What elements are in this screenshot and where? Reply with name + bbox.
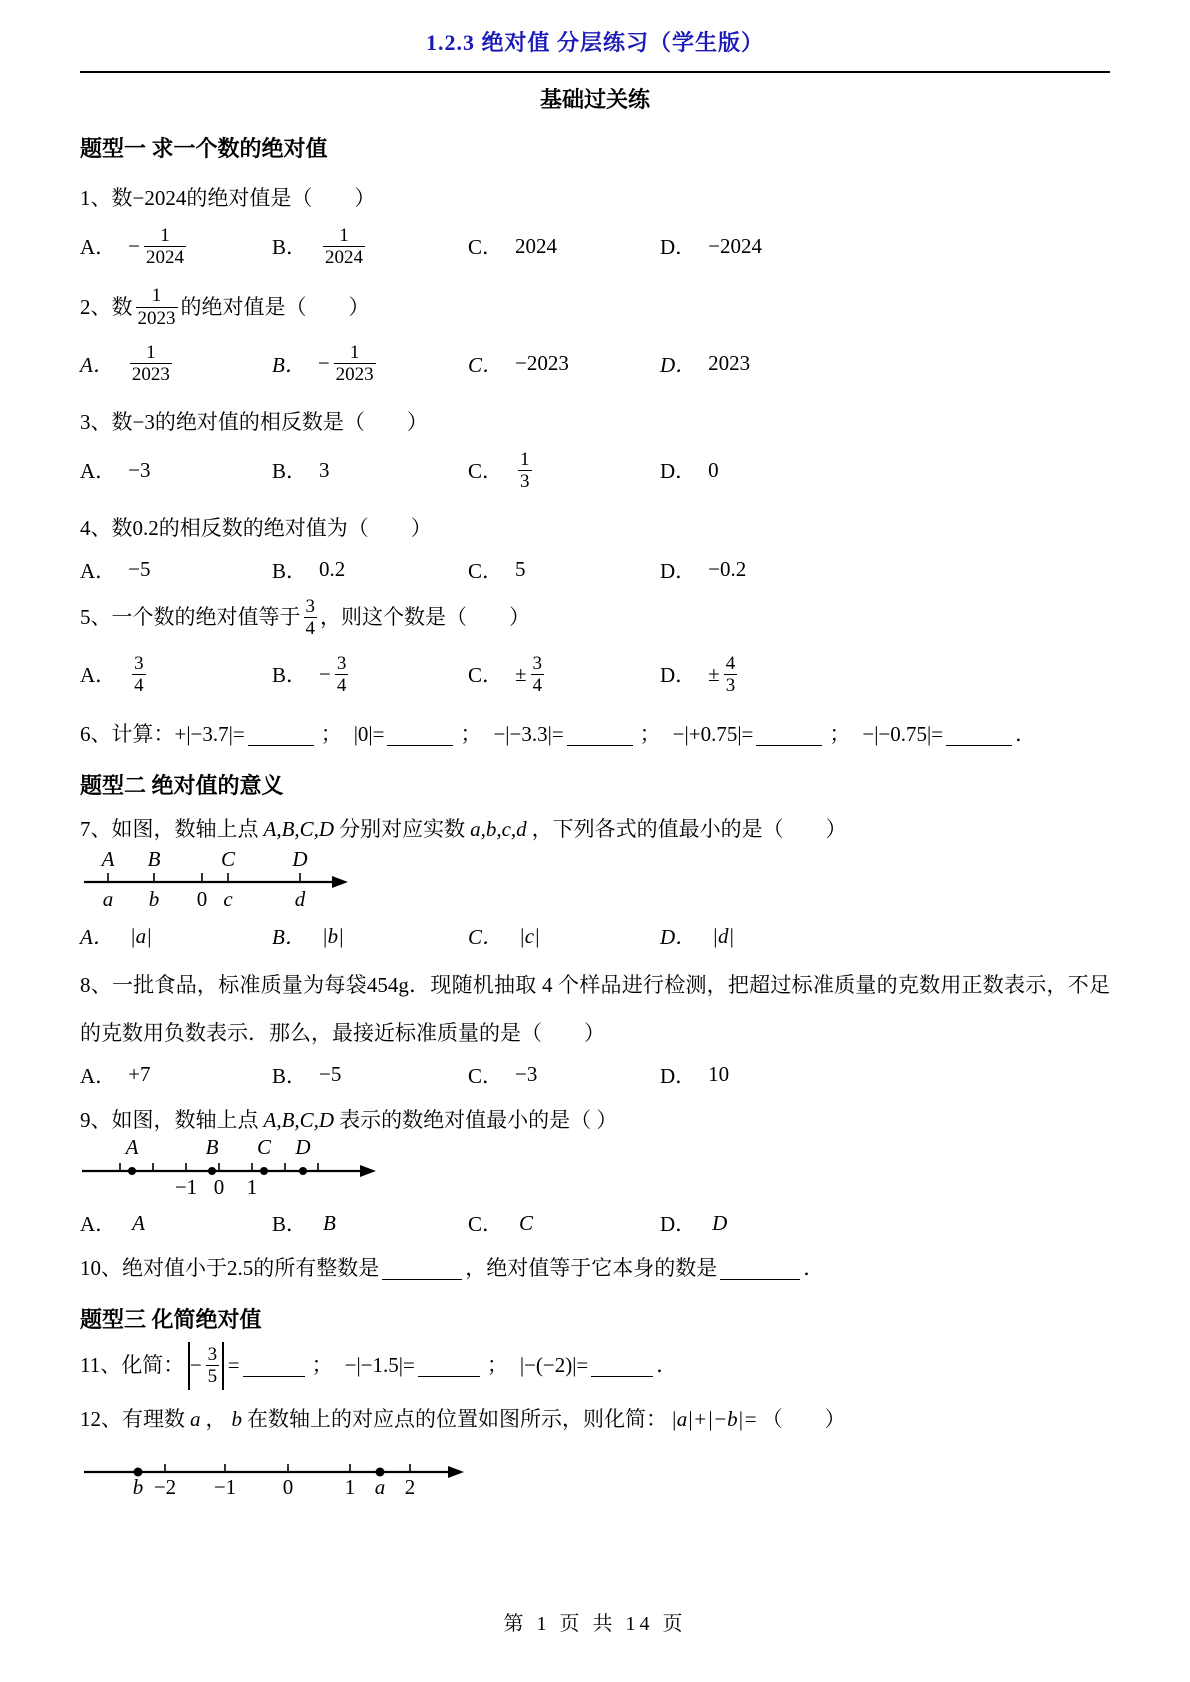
question-7-stem: 7、如图，数轴上点A,B,C,D分别对应实数a,b,c,d，下列各式的值最小的是… [80, 814, 1110, 844]
abs-fraction: − 35 [188, 1342, 224, 1390]
svg-text:d: d [295, 887, 306, 911]
answer-blank [243, 1355, 305, 1377]
question-9-stem: 9、如图，数轴上点A,B,C,D表示的数绝对值最小的是（ ） [80, 1105, 1110, 1135]
svg-text:0: 0 [197, 887, 208, 911]
question-5-stem: 5、一个数的绝对值等于 34 ，则这个数是（ ） [80, 594, 1110, 642]
option-d: D． 0 [660, 455, 1110, 485]
question-10: 10、绝对值小于2.5的所有整数是 ，绝对值等于它本身的数是 ． [80, 1253, 1110, 1285]
fraction: 12023 [136, 285, 178, 329]
svg-text:c: c [223, 887, 233, 911]
answer-blank [720, 1258, 800, 1280]
fraction: − 12024 [128, 223, 189, 271]
option-d: D． 2023 [660, 349, 1110, 379]
option-c: C． ± 34 [468, 651, 660, 699]
fraction: 12024 [319, 223, 368, 271]
option-c: C． −2023 [468, 349, 660, 379]
fraction: 34 [304, 596, 318, 640]
section-banner: 基础过关练 [80, 83, 1110, 114]
option-b: B． |b| [272, 921, 468, 951]
svg-text:A: A [100, 847, 115, 871]
option-d: D． −2024 [660, 231, 1110, 261]
fraction: 12023 [126, 340, 175, 388]
answer-blank [387, 724, 453, 746]
header-divider [80, 71, 1110, 73]
svg-text:2: 2 [405, 1475, 416, 1499]
option-b: B． 0.2 [272, 555, 468, 585]
question-2-options: A． 12023 B． − 12023 C． −2023 D． 2023 [80, 335, 1110, 393]
option-a: A． −5 [80, 555, 272, 585]
answer-blank [418, 1355, 480, 1377]
svg-text:b: b [149, 887, 160, 911]
answer-blank [591, 1355, 653, 1377]
page-footer: 第 1 页 共 14 页 [0, 1607, 1190, 1636]
option-d: D． |d| [660, 921, 1110, 951]
question-6: 6、计算： +|−3.7|=； |0|=； −|−3.3|=； −|+0.75|… [80, 719, 1110, 751]
option-c: C． −3 [468, 1060, 660, 1090]
option-d: D． D [660, 1208, 1110, 1238]
option-b: B． B [272, 1208, 468, 1238]
option-a: A． 34 [80, 651, 272, 699]
question-12-stem: 12、有理数a，b在数轴上的对应点的位置如图所示，则化简：|a|+|−b|=（ … [80, 1404, 1110, 1434]
option-a: A． −3 [80, 455, 272, 485]
fraction: − 12023 [318, 340, 379, 388]
svg-text:D: D [294, 1137, 310, 1159]
svg-text:−2: −2 [154, 1475, 176, 1499]
option-d: D． 10 [660, 1060, 1110, 1090]
question-2-stem: 2、数 12023 的绝对值是（ ） [80, 283, 1110, 331]
document-title: 1.2.3 绝对值 分层练习（学生版） [80, 0, 1110, 57]
option-b: B． − 34 [272, 651, 468, 699]
svg-text:1: 1 [345, 1475, 356, 1499]
option-b: B． −5 [272, 1060, 468, 1090]
svg-text:C: C [221, 847, 236, 871]
option-b: B． − 12023 [272, 340, 468, 388]
svg-text:B: B [206, 1137, 219, 1159]
option-c: C． |c| [468, 921, 660, 951]
section-heading-2: 题型二 绝对值的意义 [80, 769, 1110, 800]
svg-text:a: a [375, 1475, 386, 1499]
answer-blank [248, 724, 314, 746]
option-a: A． |a| [80, 921, 272, 951]
number-line-q9: A B C D −1 0 1 [80, 1137, 385, 1199]
svg-text:a: a [103, 887, 114, 911]
number-line-q7: A B C D a b 0 c d [80, 846, 360, 912]
question-8-options: A． +7 B． −5 C． −3 D． 10 [80, 1059, 1110, 1091]
option-c: C． C [468, 1208, 660, 1238]
svg-text:D: D [291, 847, 307, 871]
option-a: A． − 12024 [80, 223, 272, 271]
worksheet-page: 1.2.3 绝对值 分层练习（学生版） 基础过关练 题型一 求一个数的绝对值 1… [0, 0, 1190, 1682]
svg-text:1: 1 [247, 1175, 258, 1199]
option-d: D． ± 43 [660, 651, 1110, 699]
question-4-options: A． −5 B． 0.2 C． 5 D． −0.2 [80, 554, 1110, 586]
fraction: − 34 [319, 651, 351, 699]
svg-text:0: 0 [214, 1175, 225, 1199]
svg-text:−1: −1 [214, 1475, 236, 1499]
svg-text:−1: −1 [175, 1175, 197, 1199]
question-4-stem: 4、数0.2的相反数的绝对值为（ ） [80, 513, 1110, 543]
section-heading-3: 题型三 化简绝对值 [80, 1303, 1110, 1334]
fraction: 13 [518, 449, 532, 493]
question-3-options: A． −3 B． 3 C． 13 D． 0 [80, 441, 1110, 499]
answer-blank [946, 724, 1012, 746]
fraction: ± 34 [515, 651, 547, 699]
option-a: A． 12023 [80, 340, 272, 388]
option-c: C． 13 [468, 447, 660, 495]
option-d: D． −0.2 [660, 555, 1110, 585]
question-1-options: A． − 12024 B． 12024 C． 2024 D． −2024 [80, 217, 1110, 275]
fraction: ± 43 [708, 651, 740, 699]
number-line-q12: b −2 −1 0 1 a 2 [80, 1442, 480, 1500]
question-5-options: A． 34 B． − 34 C． ± 34 [80, 645, 1110, 703]
option-b: B． 12024 [272, 223, 468, 271]
svg-text:0: 0 [283, 1475, 294, 1499]
section-heading-1: 题型一 求一个数的绝对值 [80, 132, 1110, 163]
question-3-stem: 3、数−3的绝对值的相反数是（ ） [80, 407, 1110, 437]
option-c: C． 5 [468, 555, 660, 585]
option-b: B． 3 [272, 455, 468, 485]
question-11: 11、化简： − 35 =； −|−1.5|=； |−(−2)|=． [80, 1342, 1110, 1390]
svg-text:A: A [124, 1137, 139, 1159]
fraction: 34 [128, 651, 149, 699]
option-a: A． A [80, 1208, 272, 1238]
number-line-q12-wrap: b −2 −1 0 1 a 2 [80, 1442, 1110, 1506]
question-1-stem: 1、数−2024的绝对值是（ ） [80, 183, 1110, 213]
answer-blank [382, 1258, 462, 1280]
svg-text:b: b [133, 1475, 144, 1499]
option-a: A． +7 [80, 1060, 272, 1090]
svg-text:B: B [148, 847, 161, 871]
svg-text:C: C [257, 1137, 272, 1159]
question-7-options: A． |a| B． |b| C． |c| D． |d| [80, 920, 1110, 952]
number-line-q7-wrap: A B C D a b 0 c d [80, 846, 1110, 918]
option-c: C． 2024 [468, 231, 660, 261]
question-9-options: A． A B． B C． C D． D [80, 1207, 1110, 1239]
answer-blank [756, 724, 822, 746]
answer-blank [567, 724, 633, 746]
number-line-q9-wrap: A B C D −1 0 1 [80, 1137, 1110, 1205]
question-8-stem: 8、一批食品，标准质量为每袋454g．现随机抽取 4 个样品进行检测，把超过标准… [80, 962, 1110, 1057]
